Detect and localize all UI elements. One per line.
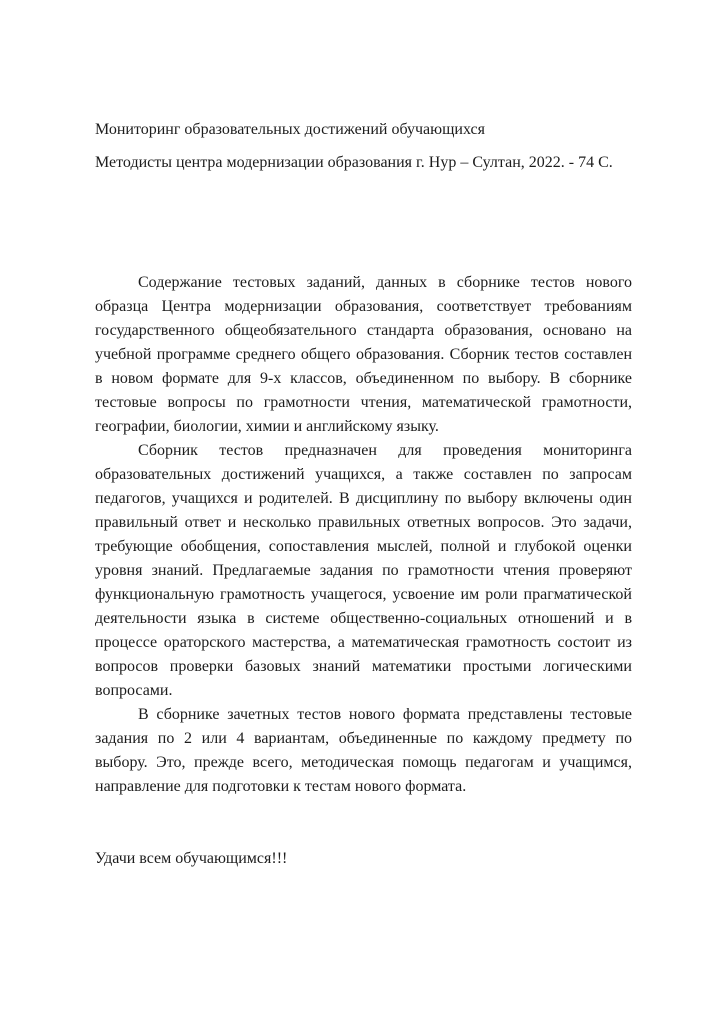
- document-page: Мониторинг образовательных достижений об…: [0, 0, 725, 1024]
- document-title-line: Мониторинг образовательных достижений об…: [95, 118, 632, 142]
- document-imprint-line: Методисты центра модернизации образовани…: [95, 151, 632, 175]
- document-body: Содержание тестовых заданий, данных в сб…: [95, 271, 632, 799]
- paragraph-contents-description: Содержание тестовых заданий, данных в сб…: [95, 271, 632, 439]
- paragraph-purpose-description: Сборник тестов предназначен для проведен…: [95, 439, 632, 703]
- closing-wish-line: Удачи всем обучающимся!!!: [95, 847, 632, 871]
- paragraph-format-description: В сборнике зачетных тестов нового формат…: [95, 703, 632, 799]
- document-content: Мониторинг образовательных достижений об…: [95, 118, 632, 871]
